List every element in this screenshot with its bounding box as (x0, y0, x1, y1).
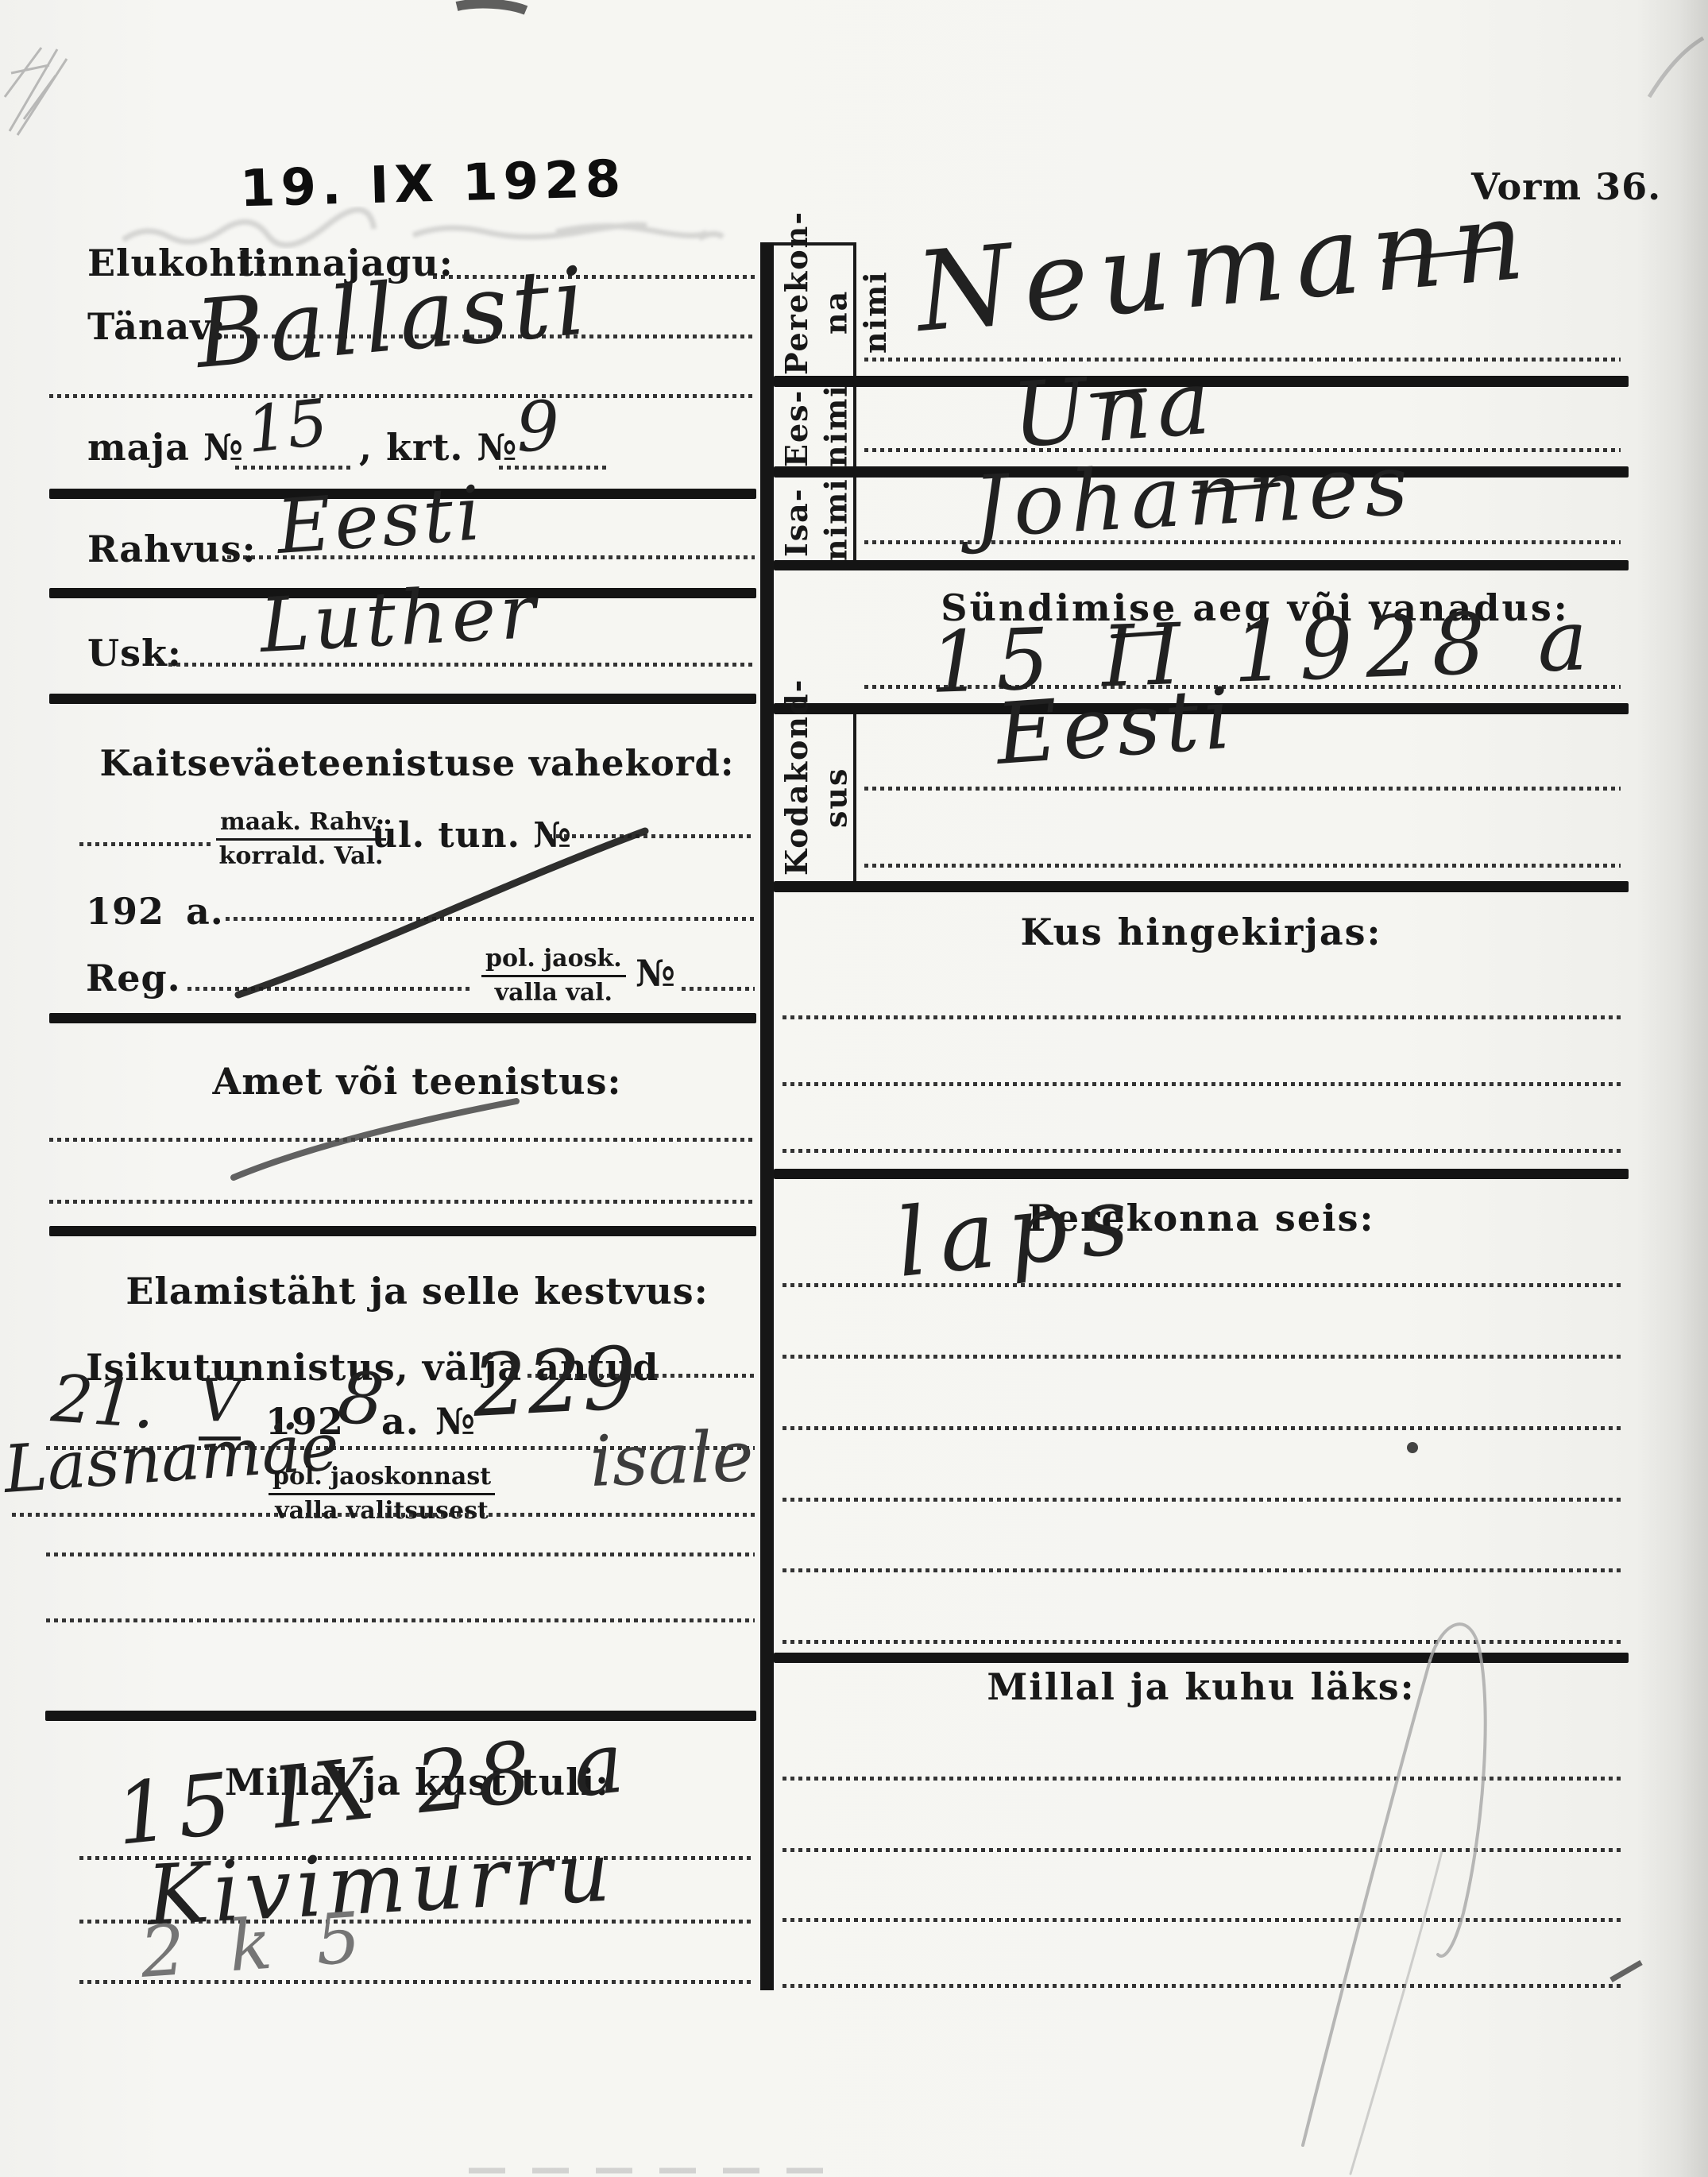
blank-line (783, 1283, 1621, 1287)
faint-stamp-smudge (123, 210, 723, 246)
blank-line (783, 1640, 1621, 1644)
kus-hingekirjas-heading: Kus hingekirjas: (852, 914, 1551, 950)
rule-thick (49, 694, 756, 704)
kodakondsus-label-line2: sus (817, 768, 853, 828)
kodakondsus-label: Kodakond- sus (777, 720, 852, 876)
rahvus-line (227, 555, 755, 559)
blank-line (783, 1355, 1621, 1359)
top-edge-mark (457, 4, 526, 10)
ul-tun-label: ül. tun. № (372, 818, 572, 853)
perekonnanimi-label-line2: na nimi (817, 271, 892, 354)
reg-no-sign: № (636, 955, 676, 992)
arrive-line-c (79, 1980, 755, 1984)
perekonnanimi-line (864, 358, 1621, 362)
krt-value: 9 (514, 392, 561, 462)
krt-line (499, 466, 609, 470)
maja-value: 15 (244, 391, 331, 462)
issue-no-sign: № (435, 1403, 476, 1440)
eesnimi-value: Una (1009, 358, 1219, 461)
blank-line (783, 1015, 1621, 1019)
kodakondsus-value: Eesti (994, 676, 1238, 777)
perekonnanimi-label: Perekon- na nimi (777, 249, 852, 375)
eesnimi-label: Ees- nimi (777, 391, 852, 467)
corner-scratch (5, 48, 67, 135)
perekonna-seis-value: laps (892, 1171, 1146, 1290)
rule-thick (774, 1653, 1629, 1663)
isanimi-line (864, 540, 1621, 544)
perekonnanimi-label-line1: Perekon- (779, 211, 814, 375)
isanimi-label-line2: nimi (817, 478, 853, 561)
issue-year-hand: 8 (335, 1362, 387, 1437)
blank-line (783, 1918, 1621, 1922)
blank-line (783, 1082, 1621, 1086)
registration-card-scan: 19. IX 1928 Vorm 36. Elukoht: linnajagu:… (0, 0, 1708, 2177)
rule-thick (49, 1226, 756, 1236)
blank-line (46, 1618, 755, 1622)
korrald-val-label: korrald. Val. (216, 841, 386, 870)
scan-edge-shading (1637, 0, 1708, 2177)
issue-a-label: a. (381, 1403, 419, 1440)
blank-line (783, 1568, 1621, 1572)
aasta-line (226, 917, 755, 921)
reg-line-a (187, 987, 472, 991)
rule-thick (49, 1013, 756, 1023)
elamistaht-heading: Elamistäht ja selle kestvus: (68, 1273, 767, 1309)
blank-line (783, 1498, 1621, 1502)
maak-rahv-label: maak. Rahv. (216, 809, 386, 841)
blank-line (783, 1984, 1621, 1988)
blank-line (783, 1426, 1621, 1430)
maja-label: maja № (87, 429, 244, 466)
rahvus-value: Eesti (274, 477, 485, 566)
kodakondsus-label-line1: Kodakond- (779, 679, 814, 876)
rule-thick (774, 881, 1629, 892)
arrive-detail-value: 2 k 5 (138, 1902, 374, 1988)
column-divider (760, 242, 774, 1990)
isanimi-value: Johannes (971, 443, 1416, 550)
rule-thick (774, 560, 1629, 570)
kodakondsus-line (864, 787, 1621, 791)
blank-line (49, 1200, 755, 1204)
usk-line (168, 663, 755, 667)
blank-line (864, 864, 1621, 868)
maak-korrald-fraction: maak. Rahv. korrald. Val. (216, 809, 386, 869)
pol-valla-fraction: pol. jaosk. valla val. (481, 945, 626, 1006)
valla-valitsusest-label: valla valitsusest (269, 1495, 495, 1525)
millal-kuhu-heading: Millal ja kuhu läks: (852, 1669, 1551, 1705)
blank-line (783, 1848, 1621, 1852)
pol-jaosk-label: pol. jaosk. (481, 945, 626, 977)
rahvus-label: Rahvus: (87, 531, 257, 567)
aasta-a-label: a. (186, 893, 224, 930)
date-stamp: 19. IX 1928 (239, 154, 627, 215)
amet-heading: Amet või teenistus: (68, 1063, 767, 1100)
reg-line-b (682, 987, 755, 991)
blank-line (49, 1138, 755, 1142)
rule-thick (45, 1711, 756, 1721)
issue-place-line (12, 1513, 755, 1517)
blank-line (49, 394, 755, 398)
kaitse-line-b (548, 834, 755, 838)
blank-line (783, 1149, 1621, 1153)
blank-line (783, 1777, 1621, 1781)
sundimise-line (864, 685, 1621, 689)
blank-line (46, 1553, 755, 1556)
issue-no-value: 229 (470, 1336, 639, 1430)
valla-val-label: valla val. (481, 977, 626, 1007)
maja-line (235, 466, 354, 470)
usk-value: Luther (258, 575, 541, 664)
isanimi-label-line1: Isa- (779, 487, 814, 557)
isanimi-label: Isa- nimi (777, 483, 852, 561)
pol-jaoskonnast-label: pol. jaoskonnast (269, 1464, 495, 1495)
kaitse-heading: Kaitseväeteenistuse vahekord: (68, 745, 767, 781)
eesnimi-label-line2: nimi (817, 384, 853, 467)
ink-dot (1407, 1442, 1418, 1453)
rule-thick (774, 1169, 1629, 1179)
reg-label: Reg. (86, 960, 181, 996)
eesnimi-label-line1: Ees- (779, 389, 814, 467)
aasta-192-label: 192 (86, 893, 164, 930)
kaitse-line-a (79, 842, 211, 846)
krt-label: , krt. № (359, 429, 517, 466)
perekonnanimi-value: Neumann (912, 185, 1539, 348)
issue-recipient-value: isale (589, 1421, 755, 1497)
